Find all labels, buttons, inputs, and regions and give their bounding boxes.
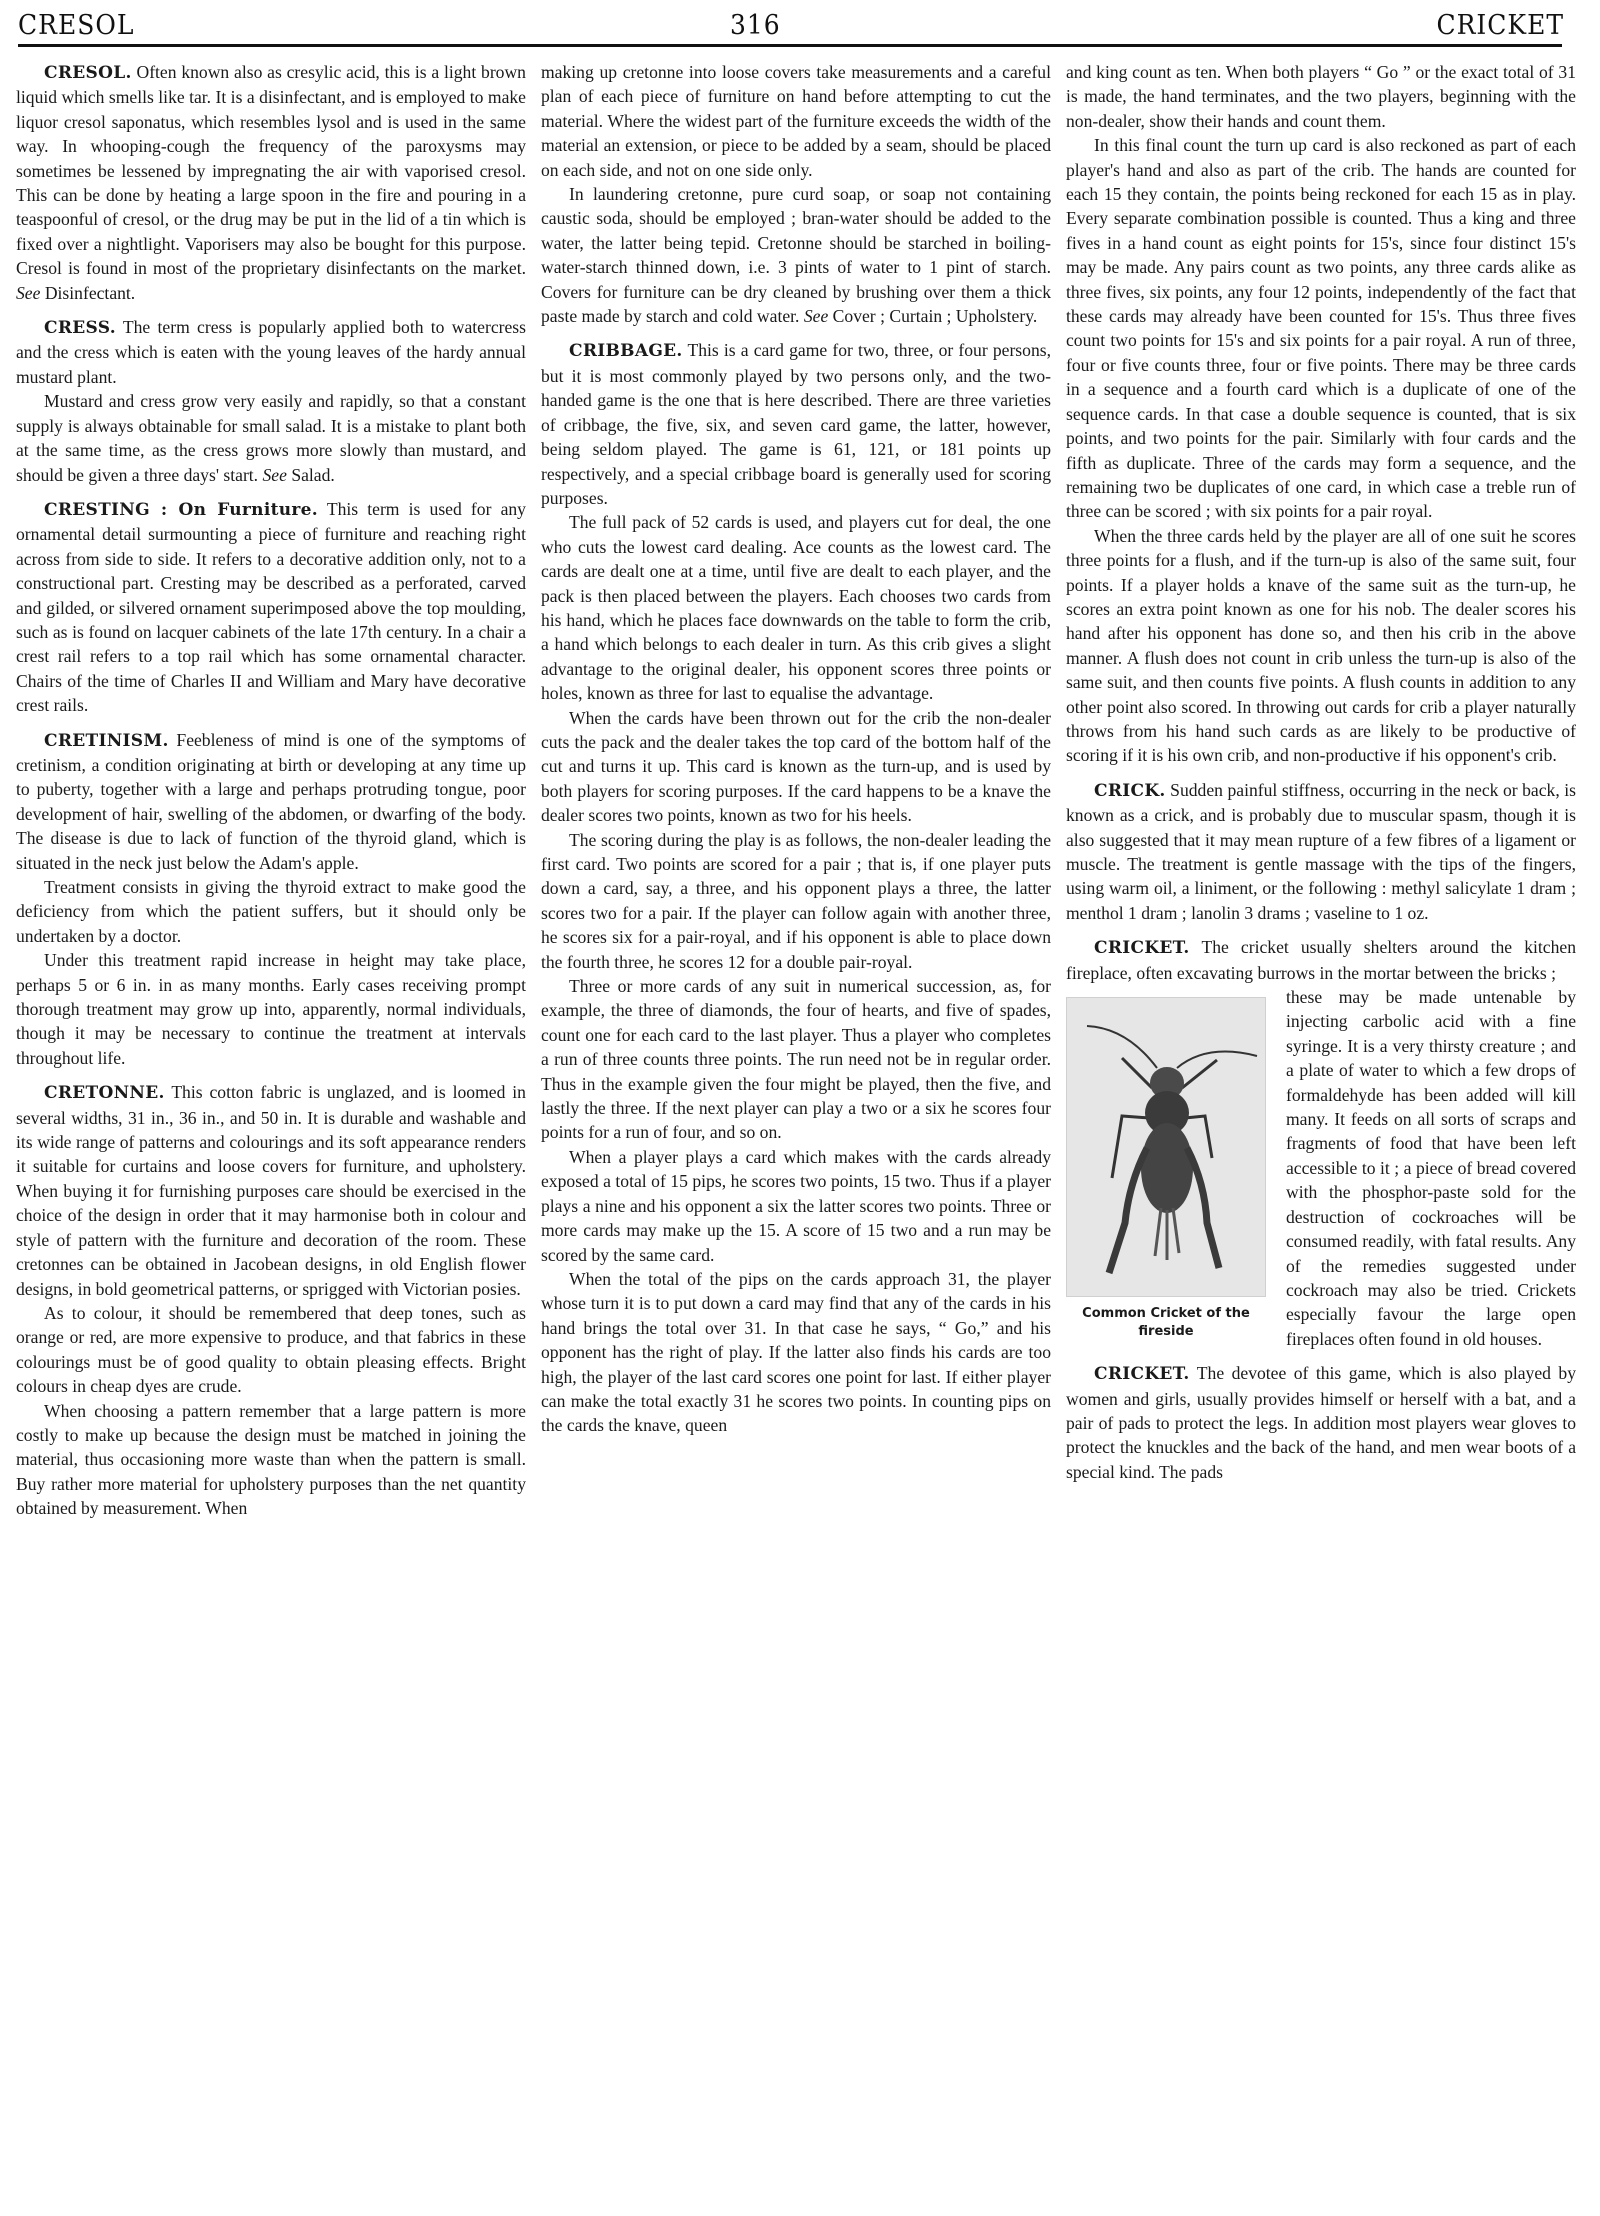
paragraph: When the cards have been thrown out for …: [541, 706, 1051, 828]
entry-cricket-insect: CRICKET. The cricket usually shelters ar…: [1066, 935, 1576, 985]
see-label: See: [804, 306, 828, 326]
paragraph: The full pack of 52 cards is used, and p…: [541, 510, 1051, 705]
paragraph-text: making up cretonne into loose covers tak…: [541, 62, 1051, 180]
paragraph: Three or more cards of any suit in numer…: [541, 974, 1051, 1145]
headword: CRESTING : On Furniture.: [44, 500, 318, 520]
paragraph-text: The full pack of 52 cards is used, and p…: [541, 512, 1051, 703]
headword: CRESOL.: [44, 63, 132, 83]
entry-text: This is a card game for two, three, or f…: [541, 340, 1051, 507]
page-header: CRESOL 316 CRICKET: [0, 0, 1600, 46]
paragraph: When choosing a pattern remember that a …: [16, 1399, 526, 1521]
column-2: making up cretonne into loose covers tak…: [541, 60, 1051, 1438]
entry-text: This term is used for any ornamental det…: [16, 499, 526, 715]
paragraph: making up cretonne into loose covers tak…: [541, 60, 1051, 182]
entry-cretonne: CRETONNE. This cotton fabric is unglazed…: [16, 1080, 526, 1301]
entry-text: Often known also as cresylic acid, this …: [16, 62, 526, 278]
column-1: CRESOL. Often known also as cresylic aci…: [16, 60, 526, 1521]
paragraph: Under this treatment rapid increase in h…: [16, 948, 526, 1070]
paragraph-text: In this final count the turn up card is …: [1066, 135, 1576, 521]
left-guide-word: CRESOL: [18, 9, 134, 41]
see-label: See: [16, 283, 40, 303]
entry-cresol: CRESOL. Often known also as cresylic aci…: [16, 60, 526, 305]
paragraph: In this final count the turn up card is …: [1066, 133, 1576, 524]
page-number: 316: [730, 9, 781, 41]
cross-reference: Disinfectant.: [45, 283, 135, 303]
paragraph-text: When the cards have been thrown out for …: [541, 708, 1051, 826]
paragraph: Mustard and cress grow very easily and r…: [16, 389, 526, 487]
paragraph-text: and king count as ten. When both players…: [1066, 62, 1576, 131]
paragraph: When the total of the pips on the cards …: [541, 1267, 1051, 1438]
entry-crick: CRICK. Sudden painful stiffness, occurri…: [1066, 778, 1576, 925]
paragraph-text: When a player plays a card which makes w…: [541, 1147, 1051, 1265]
figure-caption: Common Cricket of the fireside: [1066, 1305, 1266, 1341]
cross-reference: Salad.: [291, 465, 335, 485]
paragraph-text: When the total of the pips on the cards …: [541, 1269, 1051, 1435]
headword: CRETINISM.: [44, 731, 169, 751]
entry-cresting: CRESTING : On Furniture. This term is us…: [16, 497, 526, 718]
right-guide-word: CRICKET: [1436, 9, 1564, 41]
paragraph: When the three cards held by the player …: [1066, 524, 1576, 768]
paragraph-text: Three or more cards of any suit in numer…: [541, 976, 1051, 1142]
paragraph: and king count as ten. When both players…: [1066, 60, 1576, 133]
paragraph-text: these may be made untenable by injecting…: [1286, 987, 1576, 1349]
headword: CRIBBAGE.: [569, 341, 683, 361]
paragraph: In laundering cretonne, pure curd soap, …: [541, 182, 1051, 328]
paragraph: Treatment consists in giving the thyroid…: [16, 875, 526, 948]
entry-cretinism: CRETINISM. Feebleness of mind is one of …: [16, 728, 526, 875]
headword: CRETONNE.: [44, 1083, 165, 1103]
headword: CRICKET.: [1094, 938, 1190, 958]
cricket-figure: Common Cricket of the fireside: [1066, 997, 1274, 1341]
paragraph-text: When the three cards held by the player …: [1066, 526, 1576, 766]
entry-text: Sudden painful stiffness, occurring in t…: [1066, 780, 1576, 923]
headword: CRESS.: [44, 318, 116, 338]
paragraph-text: Under this treatment rapid increase in h…: [16, 950, 526, 1068]
entry-cricket-game: CRICKET. The devotee of this game, which…: [1066, 1361, 1576, 1484]
header-rule: [18, 44, 1562, 47]
cricket-insect-illustration-icon: [1066, 997, 1266, 1297]
entry-cribbage: CRIBBAGE. This is a card game for two, t…: [541, 338, 1051, 510]
entry-text: This cotton fabric is unglazed, and is l…: [16, 1082, 526, 1298]
cross-reference: Cover ; Curtain ; Upholstery.: [833, 306, 1038, 326]
paragraph-text: As to colour, it should be remembered th…: [16, 1303, 526, 1396]
paragraph: The scoring during the play is as follow…: [541, 828, 1051, 974]
paragraph-text: When choosing a pattern remember that a …: [16, 1401, 526, 1519]
paragraph-text: Treatment consists in giving the thyroid…: [16, 877, 526, 946]
paragraph-text: The scoring during the play is as follow…: [541, 830, 1051, 972]
entry-text: Feebleness of mind is one of the symptom…: [16, 730, 526, 873]
paragraph: As to colour, it should be remembered th…: [16, 1301, 526, 1399]
entry-cress: CRESS. The term cress is popularly appli…: [16, 315, 526, 389]
headword: CRICKET.: [1094, 1364, 1190, 1384]
column-3: and king count as ten. When both players…: [1066, 60, 1576, 1484]
paragraph-text: In laundering cretonne, pure curd soap, …: [541, 184, 1051, 326]
headword: CRICK.: [1094, 781, 1166, 801]
paragraph: When a player plays a card which makes w…: [541, 1145, 1051, 1267]
see-label: See: [263, 465, 287, 485]
